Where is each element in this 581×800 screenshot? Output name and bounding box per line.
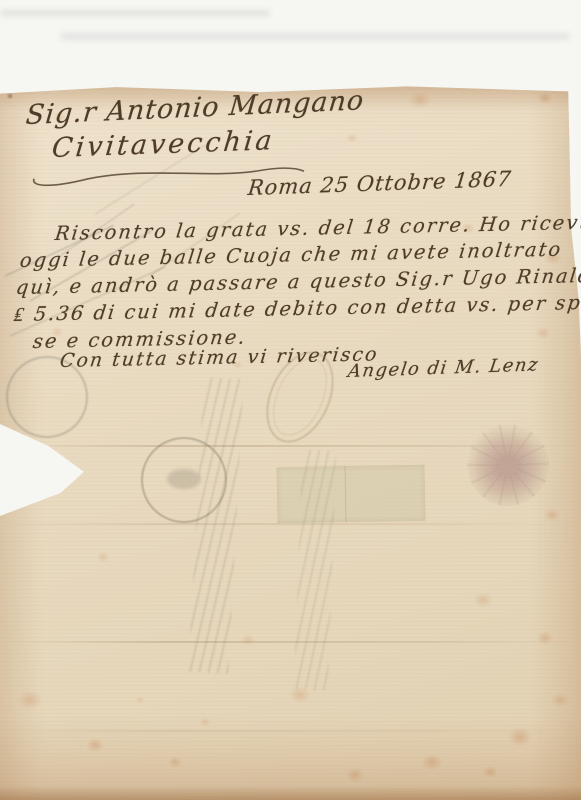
scan-smudge bbox=[60, 33, 570, 40]
fold-crease bbox=[0, 641, 581, 643]
wax-seal-stain bbox=[467, 424, 549, 506]
fold-crease bbox=[0, 523, 581, 525]
tape-repair-patch bbox=[277, 465, 426, 524]
circular-postmark-icon bbox=[6, 356, 88, 438]
scan-smudge bbox=[0, 10, 270, 16]
fold-crease bbox=[0, 730, 581, 732]
scanned-letter-photo: Sig.r Antonio Mangano Civitavecchia Roma… bbox=[0, 0, 581, 800]
seal-crease-rays bbox=[467, 424, 549, 506]
